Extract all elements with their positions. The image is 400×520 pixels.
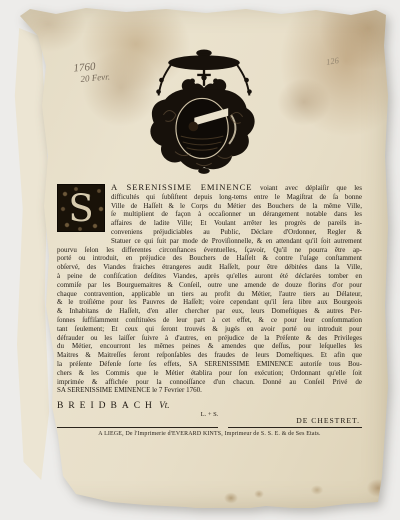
divider-rule bbox=[57, 427, 362, 428]
handwritten-page-number: 126 bbox=[325, 55, 339, 67]
text-line: défrauder ou les laiſſer ſuivre à d'autr… bbox=[57, 334, 362, 343]
text-line: du Métier, encourront les mêmes peines &… bbox=[57, 342, 362, 351]
episcopal-coat-of-arms bbox=[146, 47, 262, 175]
shield bbox=[176, 98, 228, 158]
text-line: & le troiſiéme pour les Pauvres de Haſſe… bbox=[57, 298, 362, 307]
document-paper-wrap: 1760 20 Fevr. 126 bbox=[16, 6, 388, 508]
text-line: ſonnes ſuffiſamment conſtituées de leur … bbox=[57, 316, 362, 325]
document-paper: 1760 20 Fevr. 126 bbox=[16, 6, 388, 508]
handwritten-date-note: 1760 20 Fevr. bbox=[73, 60, 110, 85]
text-line: porté ou introduit, en préjudice des Bou… bbox=[57, 254, 362, 263]
text-line: la préſente Défenſe ſorte ſes effets, SA… bbox=[57, 360, 362, 369]
printer-imprint: A LIEGE, De l'Imprimerie d'EVERARD KINTS… bbox=[57, 431, 362, 437]
text-line: imprimée & affichée pour la connoiſſance… bbox=[57, 378, 362, 387]
photo-background: 1760 20 Fevr. 126 bbox=[0, 0, 400, 520]
shield-charge bbox=[189, 122, 199, 132]
text-line: Maitres & Maitreſſes ſeront reſponſables… bbox=[57, 351, 362, 360]
dropcap-initial: S bbox=[57, 184, 105, 232]
divider-rule-right bbox=[228, 427, 362, 428]
opening-phrase: A SERENISSIME EMINENCE bbox=[111, 182, 252, 192]
text-line: Statuer ce qui ſuit par mode de Proviſio… bbox=[57, 237, 362, 246]
signature-de-chestret: DE CHESTRET. bbox=[57, 416, 360, 425]
opening-rest: voiant avec déplaiſir que les bbox=[260, 184, 362, 192]
dropcap-letter: S bbox=[68, 190, 93, 227]
text-line: chaque contravention, applicable un tier… bbox=[57, 290, 362, 299]
text-line-dateline: SA SERENISSIME EMINENCE le 7 Fevrier 176… bbox=[57, 386, 362, 395]
divider-rule-left bbox=[57, 427, 218, 428]
ordinance-text: S A SERENISSIME EMINENCE voiant avec dép… bbox=[57, 183, 362, 395]
bottom-tassel bbox=[198, 168, 210, 174]
signature-breidbach: BREIDBACH Vt. bbox=[57, 400, 170, 411]
divider-rule-gap bbox=[218, 427, 228, 428]
text-line: pourvu ſelon les differentes circonſtanc… bbox=[57, 246, 362, 255]
text-line: tant ſeulement; Et ceux qui ſeront trouv… bbox=[57, 325, 362, 334]
text-line: chers & les Commis que le Métier établir… bbox=[57, 369, 362, 378]
text-line: à peine de confiſcation deſdites Viandes… bbox=[57, 272, 362, 281]
text-line: & Inhabitans de Haſſelt, d'en aller cher… bbox=[57, 307, 362, 316]
text-line: obſervé, des Viandes fraiches étrangeres… bbox=[57, 263, 362, 272]
text-line: commiſe par les Bourguemaitres & Conſeil… bbox=[57, 281, 362, 290]
signature-breidbach-suffix: Vt. bbox=[159, 400, 169, 410]
signature-breidbach-name: BREIDBACH bbox=[57, 401, 157, 411]
handwritten-day-month: 20 Fevr. bbox=[74, 71, 110, 85]
galero-hat bbox=[168, 55, 240, 70]
